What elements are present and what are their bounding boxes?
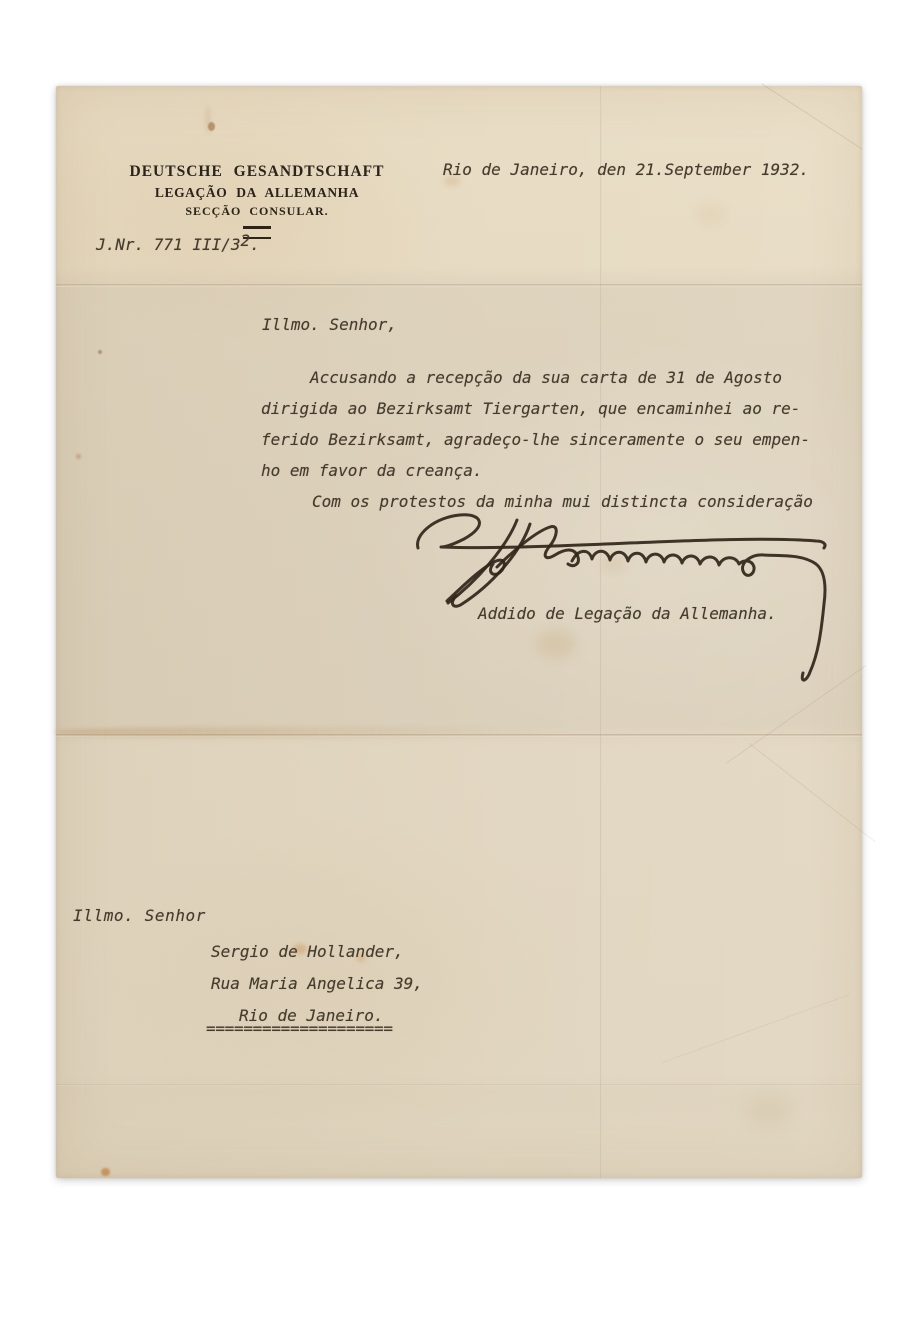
salutation: Illmo. Senhor,	[262, 316, 397, 334]
crease-bottom-right	[662, 994, 850, 1063]
recipient-street: Rua Maria Angelica 39,	[211, 975, 423, 993]
foxing-stain	[98, 350, 102, 354]
foxing-stain	[208, 122, 215, 131]
reference-superscript: 2	[241, 232, 251, 250]
letterhead-org-german: DEUTSCHE GESANDTSCHAFT	[122, 164, 392, 180]
reference-number: J.Nr. 771 III/32.	[96, 236, 260, 254]
recipient-name: Sergio de Hollander,	[211, 943, 404, 961]
reference-period: .	[250, 235, 260, 254]
recipient-salutation: Illmo. Senhor	[73, 907, 206, 925]
signer-title: Addido de Legação da Allemanha.	[478, 605, 777, 623]
signature-stroke	[418, 515, 825, 548]
recipient-underline: ====================	[206, 1020, 393, 1038]
crease-right-2	[749, 743, 876, 842]
body-line: dirigida ao Bezirksamt Tiergarten, que e…	[261, 400, 800, 418]
fold-crease-horizontal-middle	[56, 734, 862, 737]
letterhead-section: SECÇÃO CONSULAR.	[122, 205, 392, 217]
foxing-stain	[101, 1168, 110, 1176]
foxing-stain	[76, 454, 81, 459]
fold-crease-horizontal-bottom	[56, 1084, 862, 1086]
foxing-stain	[746, 1096, 792, 1128]
body-line: ho em favor da creança.	[261, 462, 483, 480]
body-line: Accusando a recepção da sua carta de 31 …	[310, 369, 782, 387]
foxing-stain	[206, 106, 210, 134]
reference-main: J.Nr. 771 III/3	[96, 235, 241, 254]
fold-crease-horizontal-top	[56, 284, 862, 287]
letterhead: DEUTSCHE GESANDTSCHAFT LEGAÇÃO DA ALLEMA…	[122, 164, 392, 239]
corner-crease-top-right	[761, 83, 862, 149]
body-line: ferido Bezirksamt, agradeço-lhe sinceram…	[261, 431, 810, 449]
letterhead-org-portuguese: LEGAÇÃO DA ALLEMANHA	[122, 186, 392, 200]
scan-background: DEUTSCHE GESANDTSCHAFT LEGAÇÃO DA ALLEMA…	[0, 0, 916, 1329]
letter-paper: DEUTSCHE GESANDTSCHAFT LEGAÇÃO DA ALLEMA…	[56, 86, 862, 1178]
foxing-stain	[696, 206, 726, 224]
dateline: Rio de Janeiro, den 21.September 1932.	[443, 161, 809, 179]
